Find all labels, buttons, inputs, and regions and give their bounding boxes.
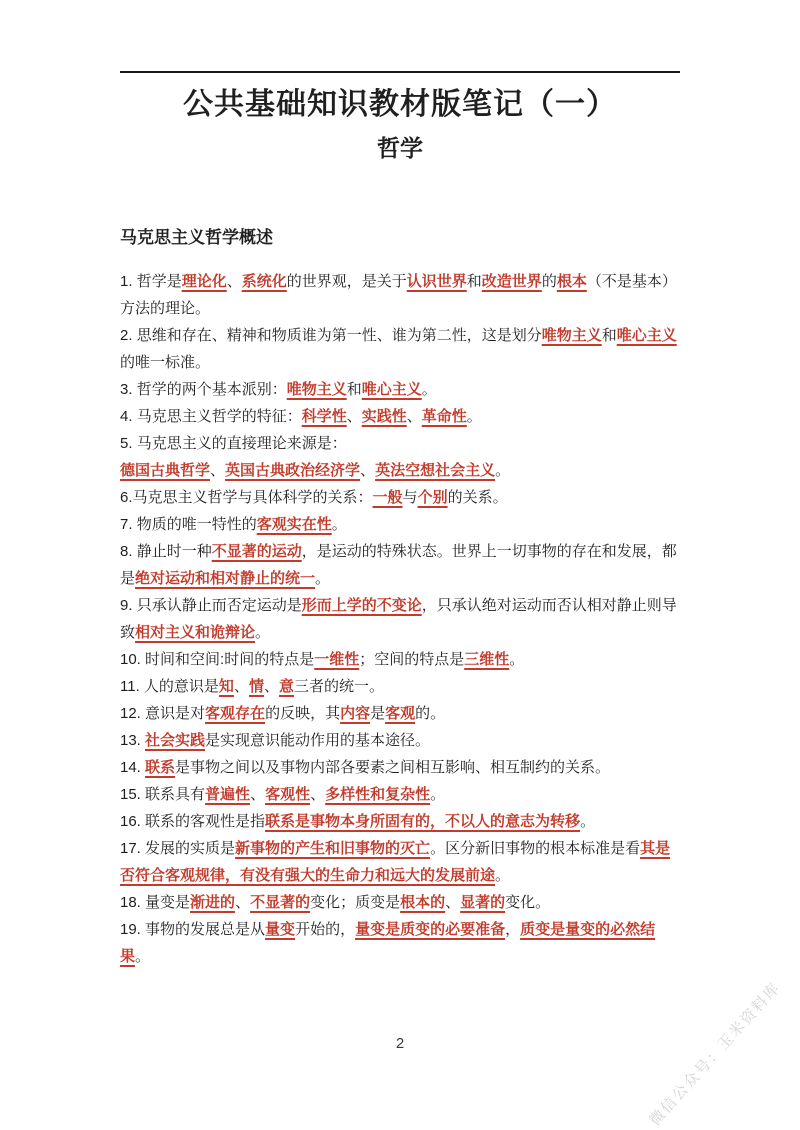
note-number: 17.: [120, 840, 145, 857]
note-text: 。: [255, 624, 270, 641]
note-number: 4.: [120, 408, 137, 425]
note-number: 13.: [120, 732, 145, 749]
note-item: 3. 哲学的两个基本派别：唯物主义和唯心主义。: [120, 376, 680, 403]
note-key-phrase: 内容: [340, 705, 370, 722]
note-key-phrase: 联系是事物本身所固有的，不以人的意志为转移: [265, 813, 580, 830]
notes-list: 1. 哲学是理论化、系统化的世界观，是关于认识世界和改造世界的根本（不是基本）方…: [120, 268, 680, 970]
note-text: 、: [264, 678, 279, 695]
note-text: 是事物之间以及事物内部各要素之间相互影响、相互制约的关系。: [175, 759, 610, 776]
note-text: 马克思主义哲学的特征：: [137, 408, 302, 425]
note-key-phrase: 系统化: [242, 273, 287, 290]
note-key-phrase: 客观性: [265, 786, 310, 803]
note-text: 哲学的两个基本派别：: [137, 381, 287, 398]
note-text: 。: [495, 867, 510, 884]
note-text: 只承认静止而否定运动是: [137, 597, 302, 614]
note-text: 的关系。: [448, 489, 508, 506]
page-subtitle: 哲学: [120, 133, 680, 163]
note-text: 。: [315, 570, 330, 587]
note-item: 9. 只承认静止而否定运动是形而上学的不变论，只承认绝对运动而否认相对静止则导致…: [120, 592, 680, 646]
note-text: 、: [210, 462, 225, 479]
note-item: 18. 量变是渐进的、不显著的变化；质变是根本的、显著的变化。: [120, 889, 680, 916]
note-text: 。: [422, 381, 437, 398]
page-title: 公共基础知识教材版笔记（一）: [120, 86, 680, 124]
note-text: 。: [430, 786, 445, 803]
note-key-phrase: 意: [279, 678, 294, 695]
note-text: 和: [467, 273, 482, 290]
note-text: 联系的客观性是指: [145, 813, 265, 830]
note-text: 物质的唯一特性的: [137, 516, 257, 533]
note-text: 的。: [415, 705, 445, 722]
note-key-phrase: 新事物的产生和旧事物的灭亡: [235, 840, 430, 857]
note-key-phrase: 相对主义和诡辩论: [135, 624, 255, 641]
note-number: 19.: [120, 921, 145, 938]
note-number: 14.: [120, 759, 145, 776]
note-text: 、: [310, 786, 325, 803]
note-key-phrase: 绝对运动和相对静止的统一: [135, 570, 315, 587]
note-key-phrase: 个别: [418, 489, 448, 506]
note-key-phrase: 多样性和复杂性: [325, 786, 430, 803]
note-number: 15.: [120, 786, 145, 803]
note-text: 发展的实质是: [145, 840, 235, 857]
note-text: 与: [403, 489, 418, 506]
note-item: 8. 静止时一种不显著的运动，是运动的特殊状态。世界上一切事物的存在和发展，都是…: [120, 538, 680, 592]
document-page: 公共基础知识教材版笔记（一） 哲学 马克思主义哲学概述 1. 哲学是理论化、系统…: [0, 0, 800, 1130]
note-key-phrase: 唯物主义: [287, 381, 347, 398]
note-text: 、: [250, 786, 265, 803]
note-key-phrase: 唯物主义: [542, 327, 602, 344]
note-key-phrase: 不显著的运动: [212, 543, 302, 560]
note-key-phrase: 理论化: [182, 273, 227, 290]
note-text: ，: [505, 921, 520, 938]
note-key-phrase: 显著的: [460, 894, 505, 911]
note-key-phrase: 一般: [373, 489, 403, 506]
note-key-phrase: 量变: [265, 921, 295, 938]
note-number: 5.: [120, 435, 137, 452]
note-text: 联系具有: [145, 786, 205, 803]
note-text: 、: [227, 273, 242, 290]
note-key-phrase: 认识世界: [407, 273, 467, 290]
note-key-phrase: 三维性: [464, 651, 509, 668]
note-text: 量变是: [145, 894, 190, 911]
note-text: 。: [580, 813, 595, 830]
note-key-phrase: 唯心主义: [617, 327, 677, 344]
note-key-phrase: 一维性: [314, 651, 359, 668]
note-text: 。: [509, 651, 524, 668]
note-key-phrase: 不显著的: [250, 894, 310, 911]
note-item: 14. 联系是事物之间以及事物内部各要素之间相互影响、相互制约的关系。: [120, 754, 680, 781]
note-number: 9.: [120, 597, 137, 614]
note-text: 开始的，: [295, 921, 355, 938]
note-item: 13. 社会实践是实现意识能动作用的基本途径。: [120, 727, 680, 754]
note-text: 是实现意识能动作用的基本途径。: [205, 732, 430, 749]
note-item: 10. 时间和空间:时间的特点是一维性；空间的特点是三维性。: [120, 646, 680, 673]
note-item: 16. 联系的客观性是指联系是事物本身所固有的，不以人的意志为转移。: [120, 808, 680, 835]
note-text: 人的意识是: [144, 678, 219, 695]
note-text: 和: [347, 381, 362, 398]
note-number: 8.: [120, 543, 137, 560]
note-text: 。区分新旧事物的根本标准是看: [430, 840, 640, 857]
note-key-phrase: 科学性: [302, 408, 347, 425]
note-text: 静止时一种: [137, 543, 212, 560]
note-item: 11. 人的意识是知、情、意三者的统一。: [120, 673, 680, 700]
note-text: 时间和空间:时间的特点是: [145, 651, 314, 668]
note-text: 。: [332, 516, 347, 533]
note-item: 5. 马克思主义的直接理论来源是：德国古典哲学、英国古典政治经济学、英法空想社会…: [120, 430, 680, 484]
note-item: 7. 物质的唯一特性的客观实在性。: [120, 511, 680, 538]
note-key-phrase: 客观存在: [205, 705, 265, 722]
note-text: 马克思主义的直接理论来源是：: [137, 435, 347, 452]
note-key-phrase: 客观实在性: [257, 516, 332, 533]
note-text: 哲学是: [137, 273, 182, 290]
note-text: 。: [135, 948, 150, 965]
note-key-phrase: 德国古典哲学: [120, 462, 210, 479]
note-key-phrase: 根本的: [400, 894, 445, 911]
note-key-phrase: 社会实践: [145, 732, 205, 749]
note-item: 2. 思维和存在、精神和物质谁为第一性、谁为第二性，这是划分唯物主义和唯心主义的…: [120, 322, 680, 376]
note-key-phrase: 改造世界: [482, 273, 542, 290]
note-item: 1. 哲学是理论化、系统化的世界观，是关于认识世界和改造世界的根本（不是基本）方…: [120, 268, 680, 322]
note-text: 是: [370, 705, 385, 722]
note-text: 变化。: [505, 894, 550, 911]
note-number: 2.: [120, 327, 137, 344]
note-key-phrase: 革命性: [422, 408, 467, 425]
note-text: 。: [495, 462, 510, 479]
note-text: 的唯一标准。: [120, 354, 210, 371]
section-heading: 马克思主义哲学概述: [120, 227, 680, 249]
note-text: 和: [602, 327, 617, 344]
note-text: 思维和存在、精神和物质谁为第一性、谁为第二性，这是划分: [137, 327, 542, 344]
note-text: 三者的统一。: [294, 678, 384, 695]
note-number: 12.: [120, 705, 145, 722]
note-key-phrase: 根本: [557, 273, 587, 290]
page-content: 公共基础知识教材版笔记（一） 哲学 马克思主义哲学概述 1. 哲学是理论化、系统…: [120, 71, 680, 970]
note-text: 的世界观，是关于: [287, 273, 407, 290]
note-text: 、: [234, 678, 249, 695]
note-text: 意识是对: [145, 705, 205, 722]
page-number: 2: [0, 1035, 800, 1052]
note-text: 事物的发展总是从: [145, 921, 265, 938]
note-text: 、: [407, 408, 422, 425]
note-key-phrase: 唯心主义: [362, 381, 422, 398]
note-item: 6.马克思主义哲学与具体科学的关系：一般与个别的关系。: [120, 484, 680, 511]
note-number: 10.: [120, 651, 145, 668]
note-item: 4. 马克思主义哲学的特征：科学性、实践性、革命性。: [120, 403, 680, 430]
note-text: 、: [445, 894, 460, 911]
note-key-phrase: 英国古典政治经济学: [225, 462, 360, 479]
note-key-phrase: 普遍性: [205, 786, 250, 803]
note-text: 、: [235, 894, 250, 911]
note-item: 15. 联系具有普遍性、客观性、多样性和复杂性。: [120, 781, 680, 808]
note-text: 的: [542, 273, 557, 290]
note-text: 马克思主义哲学与具体科学的关系：: [133, 489, 373, 506]
title-divider: [120, 71, 680, 73]
note-item: 12. 意识是对客观存在的反映，其内容是客观的。: [120, 700, 680, 727]
note-text: 、: [347, 408, 362, 425]
note-number: 6.: [120, 489, 133, 506]
note-key-phrase: 知: [219, 678, 234, 695]
note-text: 变化；质变是: [310, 894, 400, 911]
note-number: 7.: [120, 516, 137, 533]
note-key-phrase: 客观: [385, 705, 415, 722]
note-number: 3.: [120, 381, 137, 398]
note-number: 18.: [120, 894, 145, 911]
note-key-phrase: 联系: [145, 759, 175, 776]
note-key-phrase: 情: [249, 678, 264, 695]
note-key-phrase: 实践性: [362, 408, 407, 425]
note-key-phrase: 量变是质变的必要准备: [355, 921, 505, 938]
note-number: 1.: [120, 273, 137, 290]
note-item: 19. 事物的发展总是从量变开始的，量变是质变的必要准备，质变是量变的必然结果。: [120, 916, 680, 970]
note-key-phrase: 英法空想社会主义: [375, 462, 495, 479]
note-number: 16.: [120, 813, 145, 830]
note-item: 17. 发展的实质是新事物的产生和旧事物的灭亡。区分新旧事物的根本标准是看其是否…: [120, 835, 680, 889]
note-text: ；空间的特点是: [359, 651, 464, 668]
note-text: 。: [467, 408, 482, 425]
note-number: 11.: [120, 678, 144, 695]
note-key-phrase: 渐进的: [190, 894, 235, 911]
watermark: 微信公众号：玉米资料库: [644, 977, 785, 1130]
note-key-phrase: 形而上学的不变论: [302, 597, 422, 614]
note-text: 、: [360, 462, 375, 479]
note-text: 的反映，其: [265, 705, 340, 722]
